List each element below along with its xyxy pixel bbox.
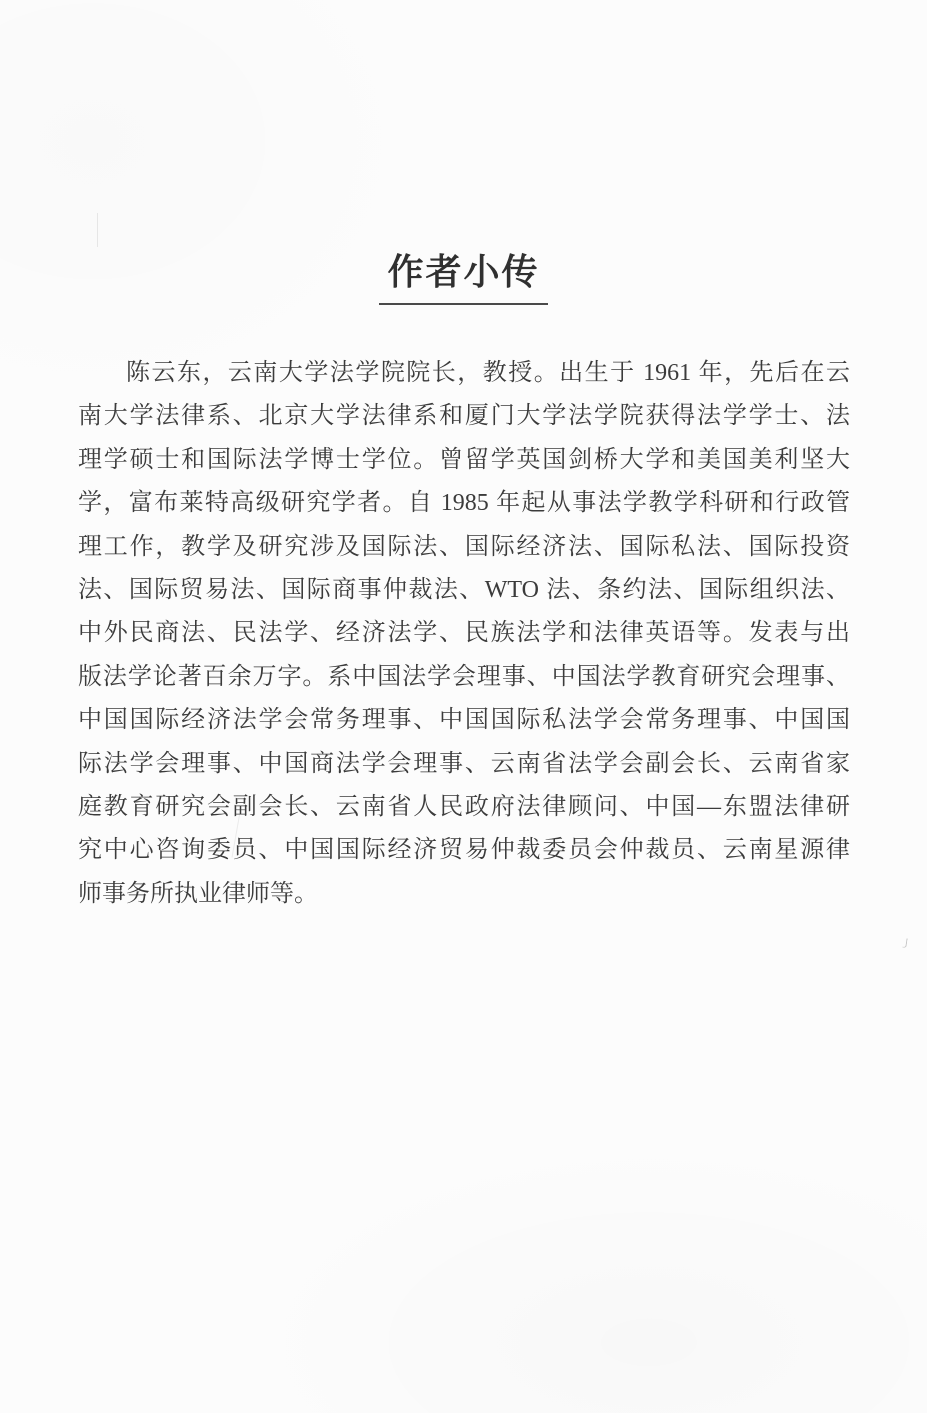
biography-line: 法、国际贸易法、国际商事仲裁法、WTO 法、条约法、国际组织法、: [78, 569, 850, 612]
biography-line: 理学硕士和国际法学博士学位。曾留学英国剑桥大学和美国美利坚大: [78, 439, 850, 482]
book-page: 作者小传 陈云东，云南大学法学院院长，教授。出生于 1961 年，先后在云南大学…: [0, 0, 927, 1413]
biography-line: 中外民商法、民法学、经济法学、民族法学和法律英语等。发表与出: [78, 612, 850, 655]
biography-line: 究中心咨询委员、中国国际经济贸易仲裁委员会仲裁员、云南星源律: [78, 829, 850, 872]
biography-line: 中国国际经济法学会常务理事、中国国际私法学会常务理事、中国国: [78, 699, 850, 742]
biography-line: 陈云东，云南大学法学院院长，教授。出生于 1961 年，先后在云: [78, 352, 850, 395]
scan-artifact-line: [97, 213, 98, 247]
page-title-text: 作者小传: [379, 244, 547, 305]
scan-artifact-speck: [902, 938, 907, 948]
biography-line: 理工作，教学及研究涉及国际法、国际经济法、国际私法、国际投资: [78, 526, 850, 569]
biography-line: 师事务所执业律师等。: [78, 873, 850, 916]
biography-line: 际法学会理事、中国商法学会理事、云南省法学会副会长、云南省家: [78, 743, 850, 786]
biography-line: 庭教育研究会副会长、云南省人民政府法律顾问、中国—东盟法律研: [78, 786, 850, 829]
biography-line: 学，富布莱特高级研究学者。自 1985 年起从事法学教学科研和行政管: [78, 482, 850, 525]
page-title: 作者小传: [0, 244, 927, 305]
biography-line: 南大学法律系、北京大学法律系和厦门大学法学院获得法学学士、法: [78, 395, 850, 438]
biography-line: 版法学论著百余万字。系中国法学会理事、中国法学教育研究会理事、: [78, 656, 850, 699]
biography-paragraph: 陈云东，云南大学法学院院长，教授。出生于 1961 年，先后在云南大学法律系、北…: [78, 352, 850, 916]
